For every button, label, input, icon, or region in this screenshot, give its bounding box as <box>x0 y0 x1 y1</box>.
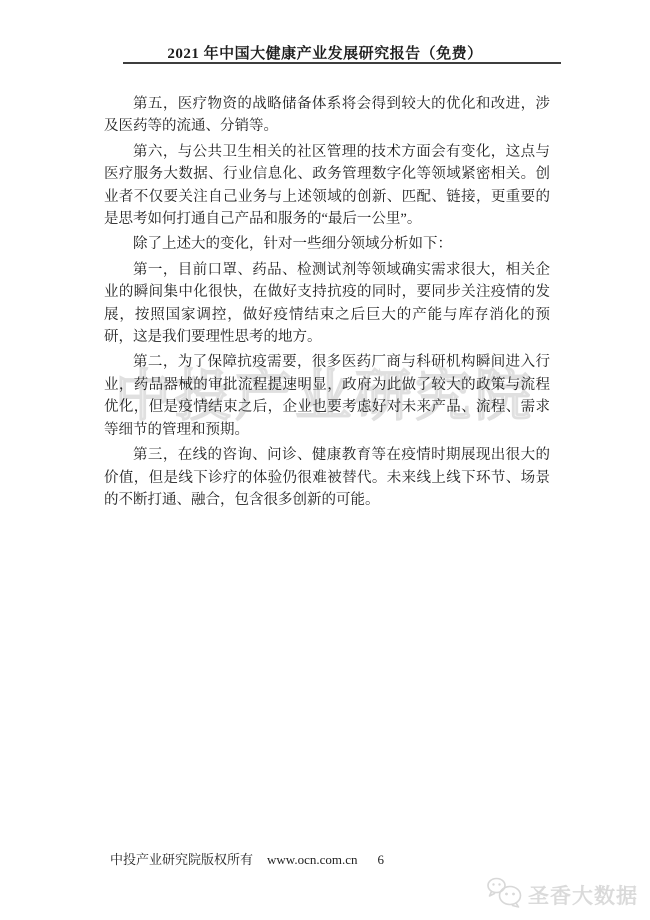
brand-watermark: 圣香大数据 <box>485 876 638 913</box>
footer-url: www.ocn.com.cn <box>267 852 358 867</box>
footer-copyright: 中投产业研究院版权所有 <box>110 852 253 867</box>
footer-page-number: 6 <box>378 852 385 867</box>
document-body: 第五，医疗物资的战略储备体系将会得到较大的优化和改进，涉及医药等的流通、分销等。… <box>104 93 550 514</box>
document-page: 2021 年中国大健康产业发展研究报告（免费） 中投产业研究院 第五，医疗物资的… <box>0 0 650 920</box>
wechat-logo-icon <box>485 876 523 913</box>
page-footer: 中投产业研究院版权所有www.ocn.com.cn6 <box>110 849 384 868</box>
paragraph: 除了上述大的变化，针对一些细分领域分析如下： <box>104 233 550 255</box>
paragraph: 第三，在线的咨询、问诊、健康教育等在疫情时期展现出很大的价值，但是线下诊疗的体验… <box>104 444 550 511</box>
paragraph: 第六，与公共卫生相关的社区管理的技术方面会有变化，这点与医疗服务大数据、行业信息… <box>104 141 550 231</box>
header-divider <box>123 62 561 64</box>
paragraph: 第五，医疗物资的战略储备体系将会得到较大的优化和改进，涉及医药等的流通、分销等。 <box>104 93 550 138</box>
paragraph: 第二，为了保障抗疫需要，很多医药厂商与科研机构瞬间进入行业，药品器械的审批流程提… <box>104 351 550 441</box>
brand-name: 圣香大数据 <box>528 880 638 910</box>
page-header-title: 2021 年中国大健康产业发展研究报告（免费） <box>0 42 650 63</box>
paragraph: 第一，目前口罩、药品、检测试剂等领域确实需求很大，相关企业的瞬间集中化很快，在做… <box>104 259 550 349</box>
